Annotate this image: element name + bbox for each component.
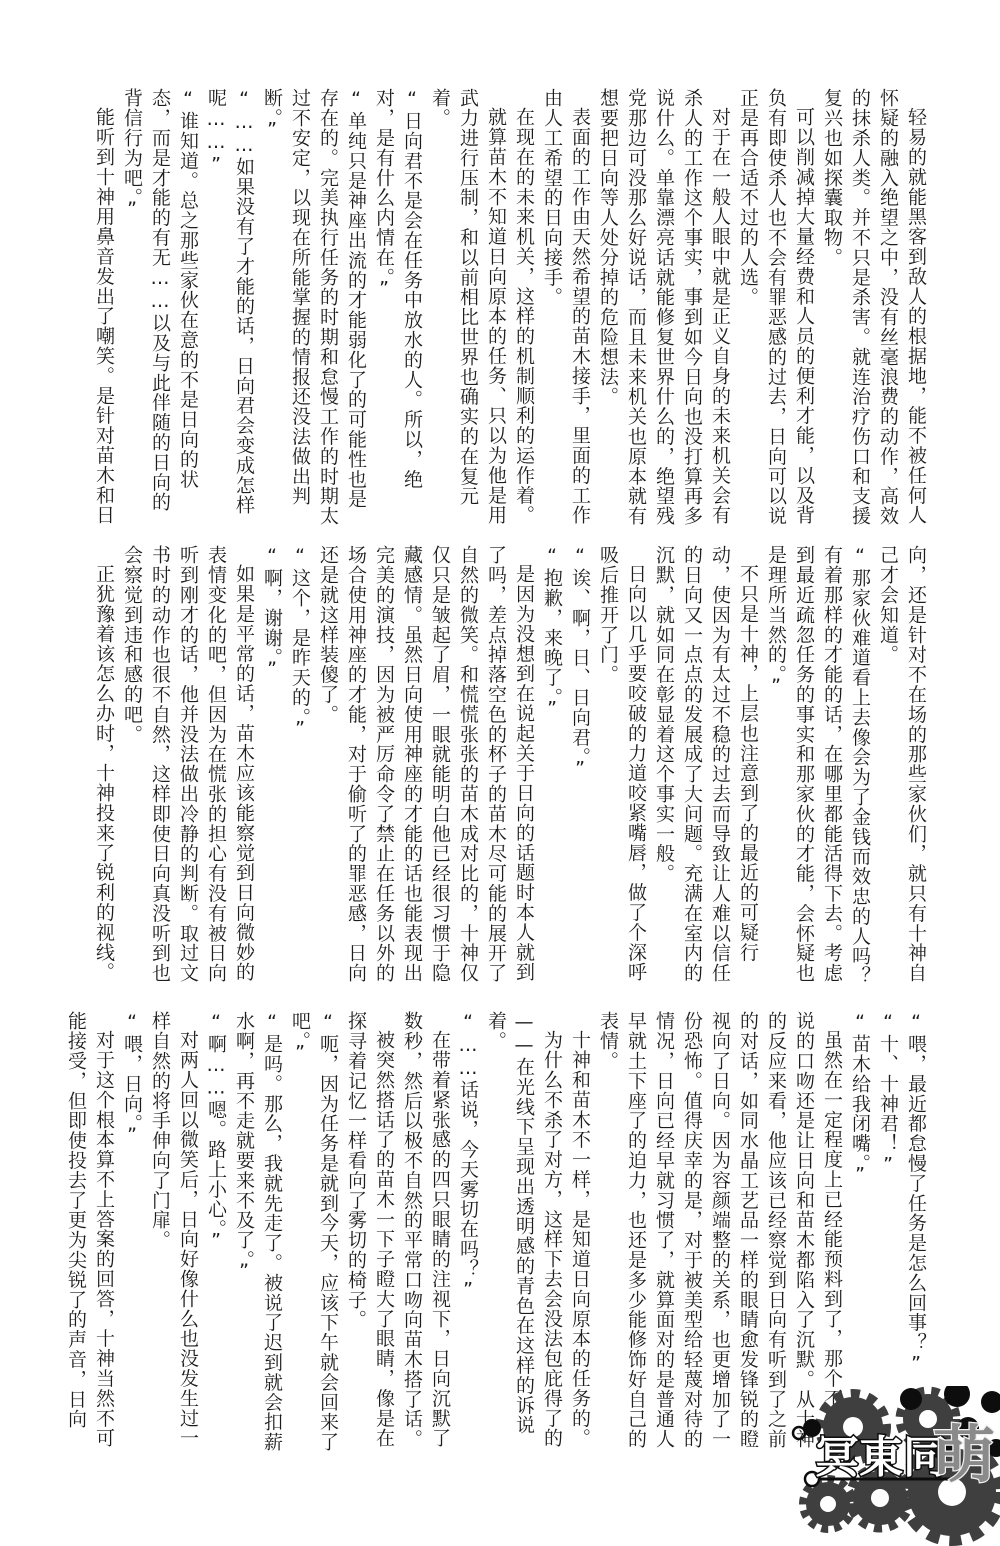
dialogue-paragraph: “那家伙难道看上去像会为了金钱而效忠的人吗？有着那样的才能的话，在哪里都能活得下…: [762, 545, 874, 991]
dialogue-paragraph: “啊，谢谢。”: [258, 545, 286, 991]
text-block-2: 向，还是针对不在场的那些家伙们，就只有十神自己才会知道。 “那家伙难道看上去像会…: [84, 545, 930, 991]
paragraph: 表面的工作由天然希望的苗木接手，里面的工作由人工希望的日向接手。: [538, 88, 594, 528]
paragraph: 正犹豫着该怎么办时，十神投来了锐利的视线。: [90, 545, 118, 991]
dialogue-paragraph: “……如果没有了才能的话，日向君会变成怎样呢……”: [202, 88, 258, 528]
dialogue-paragraph: “喂，日向。”: [118, 1011, 146, 1461]
paragraph: 就算苗木不知道日向原本的任务、只以为他是用武力进行压制，和以前相比世界也确实的在…: [426, 88, 510, 528]
dialogue-paragraph: “呃，因为任务是就到今天，应该下午就会回来了吧。”: [286, 1011, 342, 1461]
paragraph: 不只是十神，上层也注意到了的最近的可疑行动，使因为有太过不稳的过去而导致让人难以…: [650, 545, 762, 991]
dialogue-paragraph: “日向君不是会在任务中放水的人。所以，绝对，是有什么内情在。”: [370, 88, 426, 528]
paragraph: 是因为没想到在说起关于日向的话题时本人就到了吗，差点掉落空色的杯子的苗木尽可能的…: [314, 545, 538, 991]
dialogue-paragraph: “这个，是昨天的。”: [286, 545, 314, 991]
dialogue-paragraph: “……话说，今天雾切在吗？”: [454, 1011, 482, 1461]
paragraph: 十神和苗木不一样，是知道日向原本的任务的。: [566, 1011, 594, 1461]
paragraph: 对于在一般人眼中就是正义自身的未来机关会有杀人的工作这个事实，事到如今日向也没打…: [594, 88, 734, 528]
paragraph: 在现在的未来机关，这样的机制顺利的运作着。: [510, 88, 538, 528]
text-block-1: 轻易的就能黑客到敌人的根据地，能不被任何人怀疑的融入绝望之中，没有丝毫浪费的动作…: [84, 88, 930, 528]
paragraph: 对于这个根本算不上答案的回答，十神当然不可能接受，但即使投去了更为尖锐了的声音，…: [62, 1011, 118, 1461]
paragraph: 能听到十神用鼻音发出了嘲笑。是针对苗木和日: [90, 88, 118, 528]
watermark-logo: 冥東同 萌: [785, 1386, 1000, 1546]
dialogue-paragraph: “单纯只是神座出流的才能弱化了的可能性也是存在的。完美执行任务的时期和怠慢工作的…: [258, 88, 370, 528]
paragraph: 被突然搭话了的苗木一下子瞪大了眼睛，像是在探寻着记忆一样看向了雾切的椅子。: [342, 1011, 398, 1461]
paragraph: 为什么不杀了对方，这样下去会没法包庇得了的——在光线下呈现出透明感的青色在这样的…: [482, 1011, 566, 1461]
dialogue-paragraph: “谁知道。总之那些家伙在意的不是日向的状态，而是才能的有无……以及与此伴随的日向…: [118, 88, 202, 528]
watermark-text-accent: 萌: [933, 1418, 995, 1491]
paragraph: 可以削减掉大量经费和人员的便利才能，以及背负有即使杀人也不会有罪恶感的过去，日向…: [734, 88, 818, 528]
paragraph: 在带着紧张感的四只眼睛的注视下，日向沉默了数秒，然后以极不自然的平常口吻向苗木搭…: [398, 1011, 454, 1461]
dialogue-paragraph: “啊……嗯。路上小心。”: [202, 1011, 230, 1461]
paragraph: 对两人回以微笑后，日向好像什么也没发生过一样自然的将手伸向了门扉。: [146, 1011, 202, 1461]
dialogue-paragraph: “诶、啊，日、日向君。”: [566, 545, 594, 991]
dialogue-paragraph: “抱歉，来晚了。”: [538, 545, 566, 991]
paragraph: 如果是平常的话，苗木应该能察觉到日向微妙的表情变化的吧，但因为在慌张的担心有没有…: [118, 545, 258, 991]
paragraph-continuation: 向，还是针对不在场的那些家伙们，就只有十神自己才会知道。: [874, 545, 930, 991]
paragraph: 轻易的就能黑客到敌人的根据地，能不被任何人怀疑的融入绝望之中，没有丝毫浪费的动作…: [818, 88, 930, 528]
paragraph: 日向以几乎要咬破的力道咬紧嘴唇，做了个深呼吸后推开了门。: [594, 545, 650, 991]
watermark-text-main: 冥東同: [815, 1432, 947, 1483]
dialogue-paragraph: “是吗。那么，我就先走了。被说了迟到就会扣薪水啊，再不走就要来不及了。”: [230, 1011, 286, 1461]
